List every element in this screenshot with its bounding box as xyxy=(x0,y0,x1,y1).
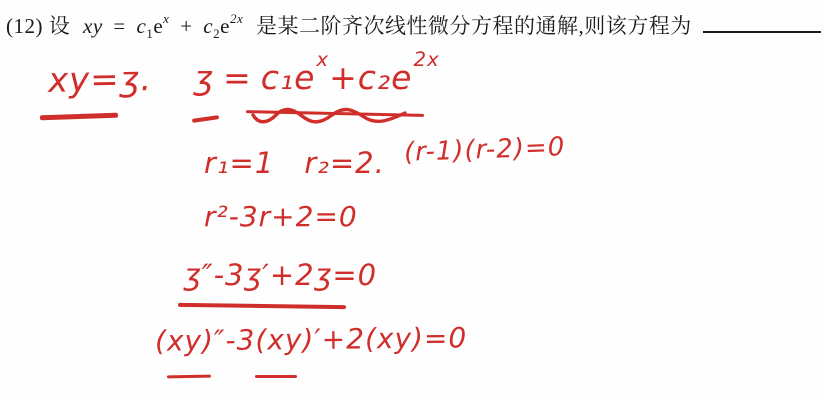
hw-rhs-wavy-underline xyxy=(250,103,408,129)
hw-roots: r₁=1r₂=2. xyxy=(204,148,385,180)
hw-gs-lhs: ʒ xyxy=(194,58,214,97)
math-lhs-xy: xy xyxy=(83,14,103,38)
worksheet-page: (12) 设 xy = c1ex + c2e2x 是某二阶齐次线性微分方程的通解… xyxy=(0,0,825,398)
math-c2-base: c xyxy=(203,14,213,38)
math-e2-base: e xyxy=(220,14,230,38)
math-c1-base: c xyxy=(137,14,147,38)
hw-ode-in-z: ʒ″-3ʒ′+2ʒ=0 xyxy=(184,260,377,292)
hw-root1: r₁=1 xyxy=(204,146,274,180)
problem-number: (12) xyxy=(6,14,43,38)
math-plus: + xyxy=(180,14,192,38)
math-e2-exponent: 2x xyxy=(230,11,243,26)
math-e1-exponent: x xyxy=(163,11,169,26)
hw-xy-first-underline xyxy=(167,375,211,379)
hw-gs-term2: +c₂e xyxy=(329,58,412,97)
hw-characteristic-equation: r²-3r+2=0 xyxy=(204,202,358,233)
math-e1-base: e xyxy=(153,14,163,38)
hw-root2: r₂=2. xyxy=(304,146,385,180)
problem-lead: 设 xyxy=(49,14,71,38)
problem-text: 是某二阶齐次线性微分方程的通解,则该方程为 xyxy=(256,14,692,38)
hw-gs-equals: = xyxy=(223,58,252,97)
hw-gs-exponent2: 2x xyxy=(413,48,439,71)
hw-xy-second-underline xyxy=(255,375,297,378)
hw-substitution-underline xyxy=(40,113,118,121)
hw-ode-in-xy: (xy)″-3(xy)′+2(xy)=0 xyxy=(155,323,468,357)
hw-z-underline xyxy=(192,115,219,123)
hw-general-solution: ʒ=c₁ex+c₂e2x xyxy=(194,60,440,96)
hw-substitution: xy=ʒ. xyxy=(48,61,153,100)
hw-gs-term1: c₁e xyxy=(261,58,316,97)
math-equals: = xyxy=(113,14,125,38)
hw-ode-z-underline xyxy=(178,303,346,309)
problem-statement: (12) 设 xy = c1ex + c2e2x 是某二阶齐次线性微分方程的通解… xyxy=(6,10,825,42)
hw-gs-exponent1: x xyxy=(316,48,329,71)
hw-factored-equation: (r-1)(r-2)=0 xyxy=(404,133,566,167)
answer-blank xyxy=(703,18,821,33)
